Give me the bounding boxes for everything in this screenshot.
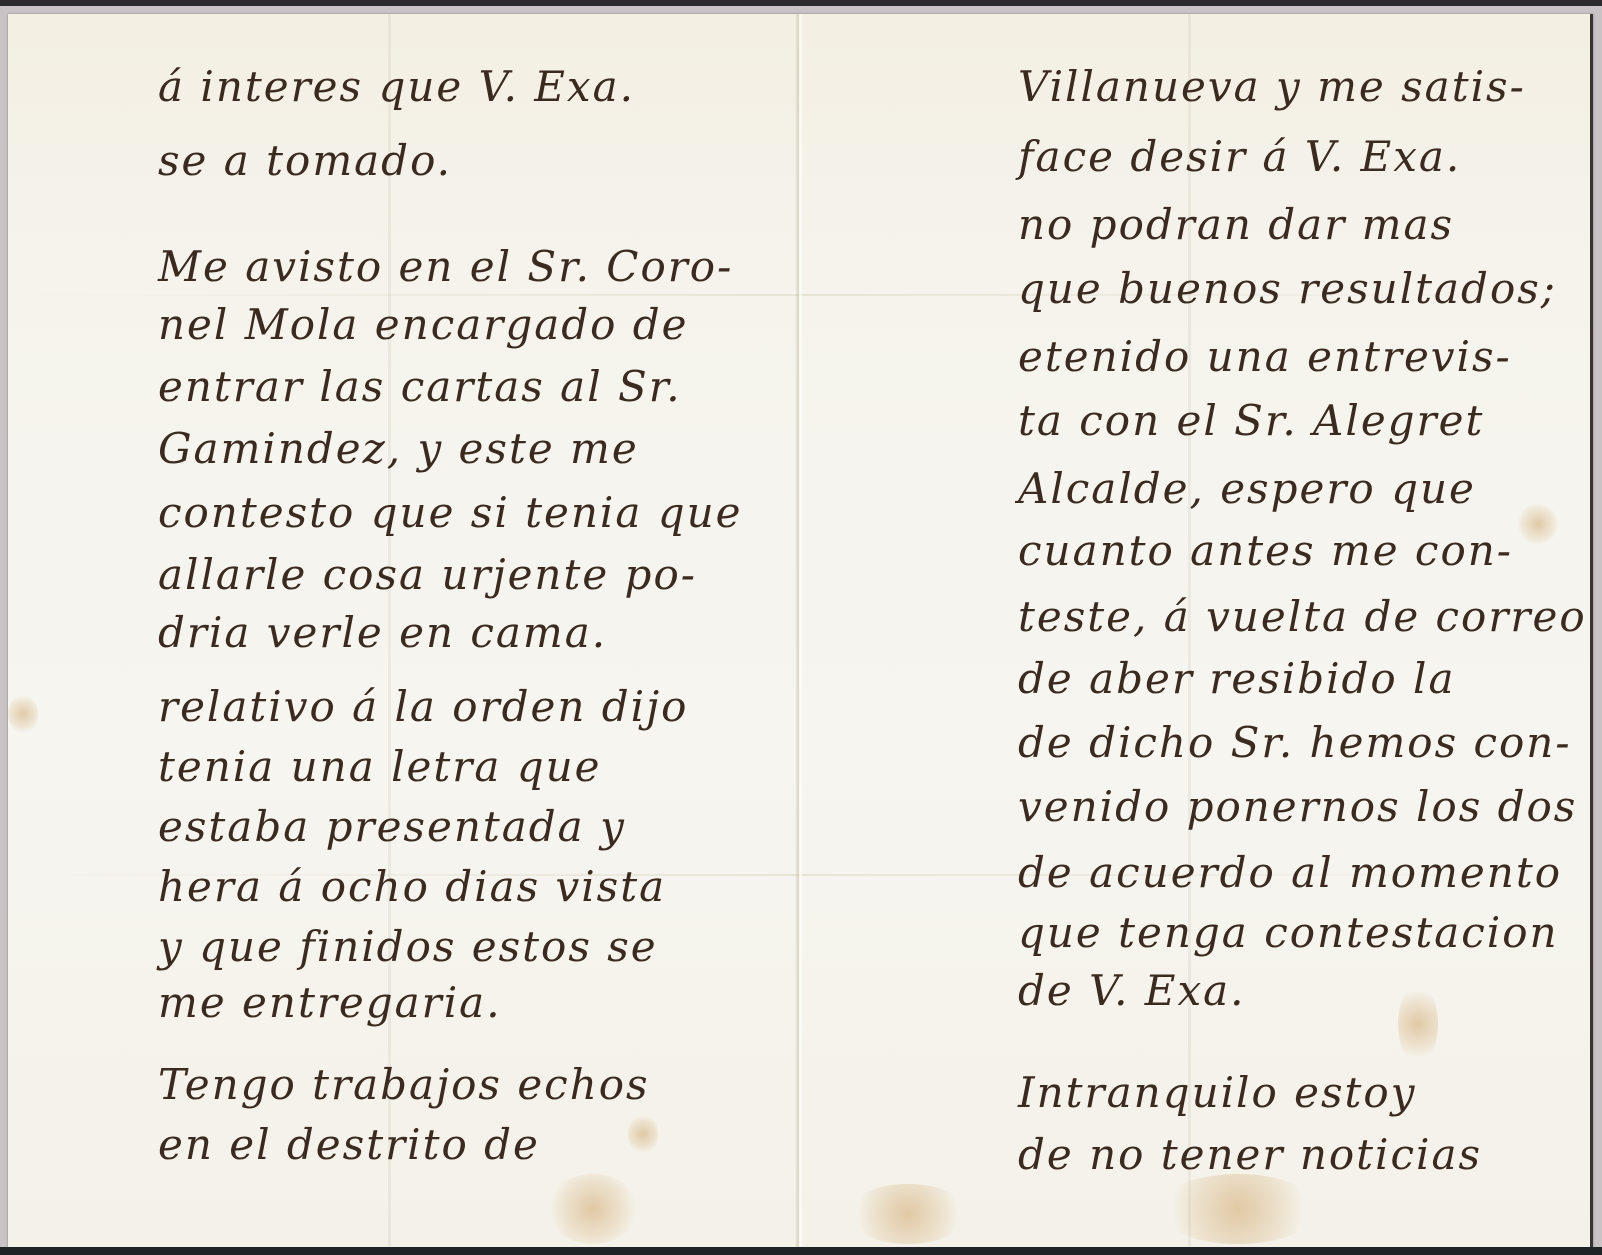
foxing-stain — [8, 694, 38, 734]
text-line: que buenos resultados; — [1018, 268, 1557, 310]
text-line: y que finidos estos se — [158, 926, 658, 968]
center-fold — [795, 14, 803, 1248]
left-page: á interes que V. Exa. se a tomado. Me av… — [158, 14, 788, 1248]
right-page: Villanueva y me satis- face desir á V. E… — [1018, 14, 1578, 1248]
text-line: cuanto antes me con- — [1018, 530, 1513, 572]
text-line: ta con el Sr. Alegret — [1018, 400, 1484, 442]
text-line: de acuerdo al momento — [1018, 852, 1562, 894]
letter-sheet: á interes que V. Exa. se a tomado. Me av… — [8, 14, 1593, 1248]
text-line: Gamindez, y este me — [158, 428, 639, 470]
text-line: no podran dar mas — [1018, 204, 1454, 246]
scan-bottom-edge — [0, 1247, 1602, 1255]
text-line: de dicho Sr. hemos con- — [1018, 722, 1572, 764]
text-line: tenia una letra que — [158, 746, 602, 788]
text-line: Me avisto en el Sr. Coro- — [158, 246, 733, 288]
text-line: en el destrito de — [158, 1124, 540, 1166]
text-line: Tengo trabajos echos — [158, 1064, 650, 1106]
text-line: etenido una entrevis- — [1018, 336, 1512, 378]
text-line: de aber resibido la — [1018, 658, 1456, 700]
text-line: me entregaria. — [158, 982, 502, 1024]
text-line: Villanueva y me satis- — [1018, 66, 1526, 108]
text-line: que tenga contestacion — [1018, 912, 1559, 954]
text-line: hera á ocho dias vista — [158, 866, 666, 908]
text-line: contesto que si tenia que — [158, 492, 743, 534]
text-line: Alcalde, espero que — [1018, 468, 1476, 510]
text-line: Intranquilo estoy — [1018, 1072, 1416, 1114]
text-line: se a tomado. — [158, 140, 452, 182]
text-line: de no tener noticias — [1018, 1134, 1482, 1176]
text-line: á interes que V. Exa. — [158, 66, 635, 108]
text-line: nel Mola encargado de — [158, 304, 689, 346]
text-line: face desir á V. Exa. — [1018, 136, 1461, 178]
scan-top-edge — [0, 0, 1602, 6]
text-line: entrar las cartas al Sr. — [158, 366, 682, 408]
text-line: de V. Exa. — [1018, 970, 1246, 1012]
text-line: dria verle en cama. — [158, 612, 607, 654]
text-line: teste, á vuelta de correo — [1018, 596, 1587, 638]
text-line: estaba presentada y — [158, 806, 626, 848]
foxing-stain — [848, 1184, 968, 1244]
text-line: relativo á la orden dijo — [158, 686, 688, 728]
text-line: allarle cosa urjente po- — [158, 554, 697, 596]
text-line: venido ponernos los dos — [1018, 786, 1577, 828]
